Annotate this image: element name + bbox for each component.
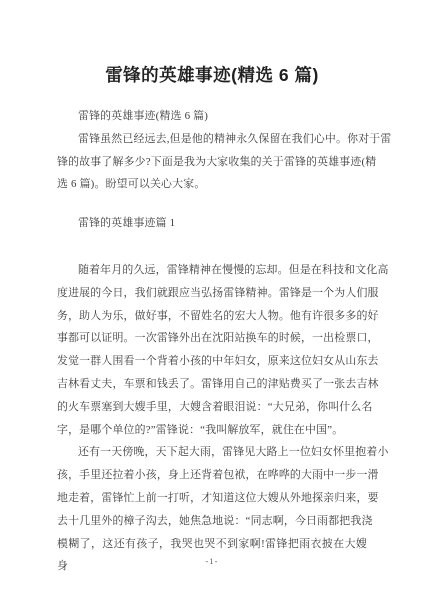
text-column: 雷锋的英雄事迹(精选 6 篇) 雷锋的英雄事迹(精选 6 篇)雷锋虽然已经远去,… <box>57 0 367 555</box>
intro-paragraph: 雷锋虽然已经远去,但是他的精神永久保留在我们心中。你对于雷锋的故事了解多少?下面… <box>57 128 367 196</box>
text-line: 雷锋的英雄事迹篇 1 <box>57 212 367 235</box>
document-body: 雷锋的英雄事迹(精选 6 篇)雷锋虽然已经远去,但是他的精神永久保留在我们心中。… <box>57 105 367 555</box>
text-line: 度进展的今日，我们就跟应当弘扬雷锋精神。雷锋是一个为人们服 <box>57 282 367 305</box>
text-line: 随着年月的久远，雷锋精神在慢慢的忘却。但是在科技和文化高 <box>57 259 367 282</box>
text-line: 的火车票塞到大嫂手里，大嫂含着眼泪说：“大兄弟，你叫什么名 <box>57 396 367 419</box>
story-paragraph-1: 随着年月的久远，雷锋精神在慢慢的忘却。但是在科技和文化高度进展的今日，我们就跟应… <box>57 259 367 441</box>
story-paragraph-2: 还有一天傍晚，天下起大雨，雷锋见大路上一位妇女怀里抱着小孩，手里还拉着小孩，身上… <box>57 441 367 555</box>
text-line: 吉林看丈夫，车票和钱丢了。雷锋用自己的津贴费买了一张去吉林 <box>57 373 367 396</box>
text-line: 事都可以证明。一次雷锋外出在沈阳站换车的时候，一出检票口， <box>57 327 367 350</box>
section-heading: 雷锋的英雄事迹篇 1 <box>57 212 367 235</box>
text-line: 地走着，雷锋忙上前一打听，才知道这位大嫂从外地探亲归来，要 <box>57 487 367 510</box>
text-line: 雷锋虽然已经远去,但是他的精神永久保留在我们心中。你对于雷 <box>57 128 367 151</box>
text-line: 雷锋的英雄事迹(精选 6 篇) <box>57 105 367 128</box>
text-line: 发觉一群人围看一个背着小孩的中年妇女，原来这位妇女从山东去 <box>57 350 367 373</box>
page-number: -1- <box>0 556 424 566</box>
document-page: 雷锋的英雄事迹(精选 6 篇) 雷锋的英雄事迹(精选 6 篇)雷锋虽然已经远去,… <box>0 0 424 600</box>
text-line: 模糊了，这还有孩子，我哭也哭不到家啊!雷锋把雨衣披在大嫂身 <box>57 533 367 556</box>
text-line: 孩，手里还拉着小孩，身上还背着包袱，在哗哗的大雨中一步一滑 <box>57 464 367 487</box>
text-line: 锋的故事了解多少?下面是我为大家收集的关于雷锋的英雄事迹(精 <box>57 151 367 174</box>
intro-label: 雷锋的英雄事迹(精选 6 篇) <box>57 105 367 128</box>
text-line: 还有一天傍晚，天下起大雨，雷锋见大路上一位妇女怀里抱着小 <box>57 441 367 464</box>
text-line: 字，是哪个单位的?”雷锋说：“我叫解放军，就住在中国”。 <box>57 419 367 442</box>
text-line: 选 6 篇)。盼望可以关心大家。 <box>57 173 367 196</box>
document-title: 雷锋的英雄事迹(精选 6 篇) <box>57 0 367 88</box>
text-line: 去十几里外的樟子沟去，她焦急地说：“同志啊，今日雨都把我浇 <box>57 510 367 533</box>
text-line: 务，助人为乐，做好事，不留姓名的宏大人物。他有许很多多的好 <box>57 305 367 328</box>
